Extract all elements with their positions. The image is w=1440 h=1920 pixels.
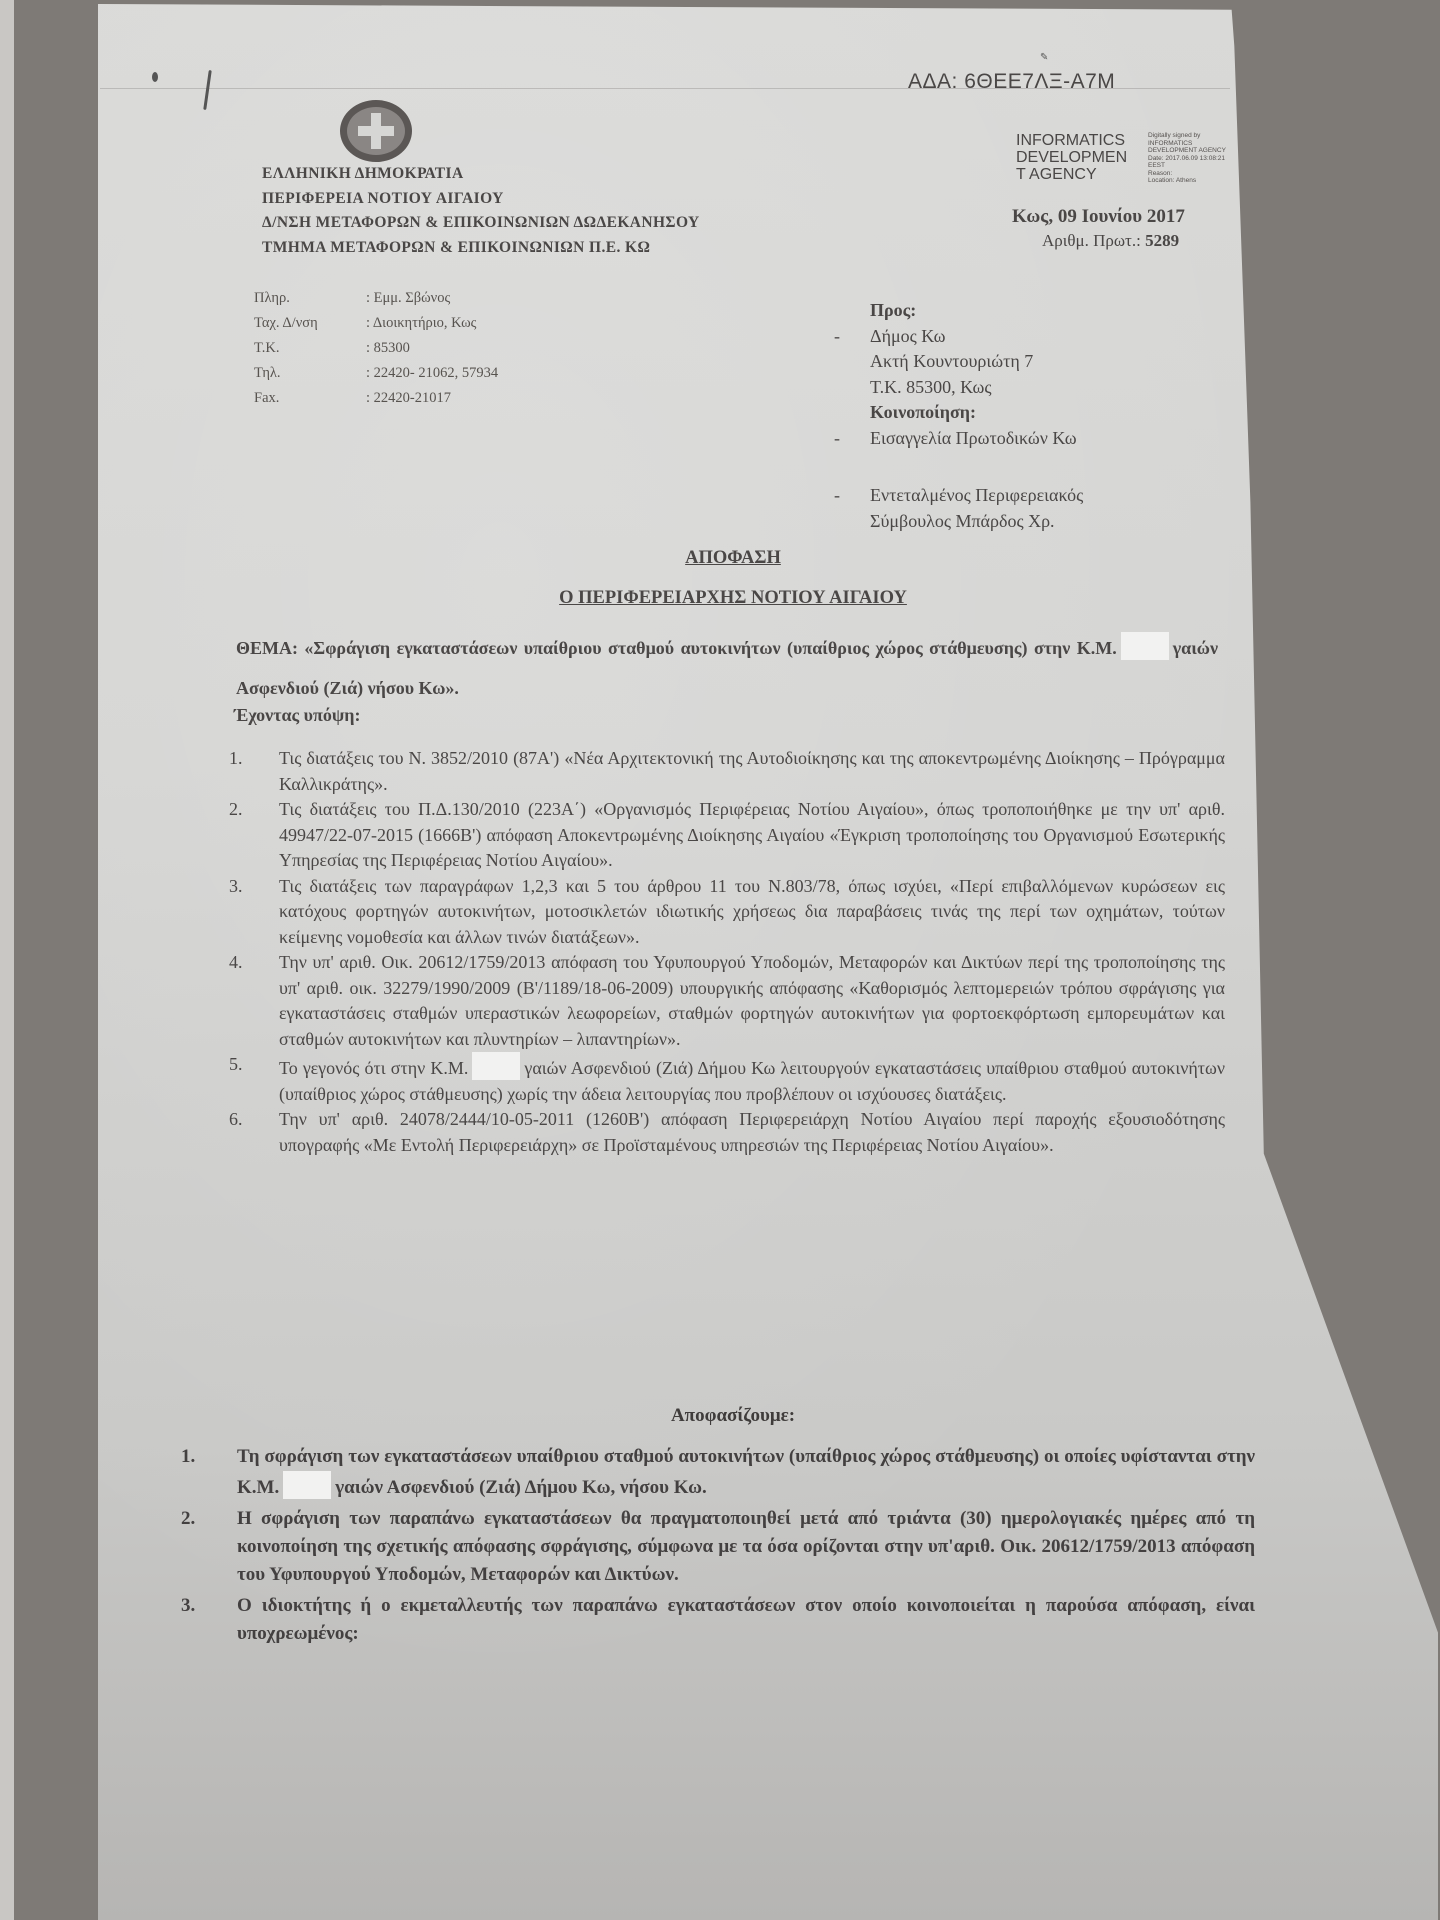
decisions-list: 1.Τη σφράγιση των εγκαταστάσεων υπαίθριο… xyxy=(175,1443,1255,1651)
header-line: ΕΛΛΗΝΙΚΗ ΔΗΜΟΚΡΑΤΙΑ xyxy=(262,162,700,187)
issuer-header: ΕΛΛΗΝΙΚΗ ΔΗΜΟΚΡΑΤΙΑ ΠΕΡΙΦΕΡΕΙΑ ΝΟΤΙΟΥ ΑΙ… xyxy=(262,162,700,260)
contact-row: Fax.: 22420-21017 xyxy=(254,386,498,411)
header-line: Δ/ΝΣΗ ΜΕΤΑΦΟΡΩΝ & ΕΠΙΚΟΙΝΩΝΙΩΝ ΔΩΔΕΚΑΝΗΣ… xyxy=(262,211,700,236)
list-item: 1.Τη σφράγιση των εγκαταστάσεων υπαίθριο… xyxy=(175,1443,1255,1502)
ink-dot xyxy=(152,72,158,82)
recipients-block: Προς: -Δήμος Κω Ακτή Κουντουριώτη 7 Τ.Κ.… xyxy=(870,298,1083,534)
background-edge xyxy=(0,0,14,1920)
cc-label: Κοινοποίηση: xyxy=(870,400,1083,426)
signer-line: DEVELOPMEN xyxy=(1016,149,1127,166)
redaction-box xyxy=(1121,632,1169,660)
cc-recipient: Εντεταλμένος Περιφερειακός xyxy=(870,485,1083,505)
contact-row: Πληρ.: Εμμ. Σβώνος xyxy=(254,286,498,311)
cc-recipient: Εισαγγελία Πρωτοδικών Κω xyxy=(870,428,1077,448)
list-item: 1.Τις διατάξεις του Ν. 3852/2010 (87Α') … xyxy=(225,746,1225,797)
protocol-number: Αριθμ. Πρωτ.: 5289 xyxy=(1042,231,1179,251)
protocol-value: 5289 xyxy=(1145,231,1179,250)
considerations-list: 1.Τις διατάξεις του Ν. 3852/2010 (87Α') … xyxy=(225,746,1225,1158)
header-line: ΠΕΡΙΦΕΡΕΙΑ ΝΟΤΙΟΥ ΑΙΓΑΙΟΥ xyxy=(262,187,700,212)
signature-detail: EEST xyxy=(1148,162,1248,170)
considering-label: Έχοντας υπόψη: xyxy=(234,705,360,726)
signature-detail: Date: 2017.06.09 13:08:21 xyxy=(1148,155,1248,163)
document-date: Κως, 09 Ιουνίου 2017 xyxy=(1012,206,1185,228)
list-item: 3.Τις διατάξεις των παραγράφων 1,2,3 και… xyxy=(225,874,1225,951)
list-item: 5.Το γεγονός ότι στην Κ.Μ.γαιών Ασφενδιο… xyxy=(225,1052,1225,1107)
redaction-box xyxy=(283,1471,331,1499)
signer-line: INFORMATICS xyxy=(1016,132,1127,149)
list-item: 4.Την υπ' αριθ. Οικ. 20612/1759/2013 από… xyxy=(225,950,1225,1052)
contact-row: Τ.Κ.: 85300 xyxy=(254,336,498,361)
greek-coat-of-arms-icon xyxy=(340,100,412,162)
signature-detail: Digitally signed by xyxy=(1148,132,1248,140)
list-item: 3.Ο ιδιοκτήτης ή ο εκμεταλλευτής των παρ… xyxy=(175,1592,1255,1648)
signature-detail: Reason: xyxy=(1148,170,1248,178)
document-title: ΑΠΟΦΑΣΗ xyxy=(0,548,1440,569)
ada-code: ΑΔΑ: 6ΘΕΕ7ΛΞ-Α7Μ xyxy=(908,70,1115,94)
signature-detail: Location: Athens xyxy=(1148,177,1248,185)
redaction-box xyxy=(472,1052,520,1080)
digital-signature-signer: INFORMATICS DEVELOPMEN T AGENCY xyxy=(1016,132,1127,183)
recipient-line: Ακτή Κουντουριώτη 7 xyxy=(870,349,1083,375)
cc-recipient: Σύμβουλος Μπάρδος Χρ. xyxy=(870,509,1083,535)
decision-label: Αποφασίζουμε: xyxy=(0,1405,1440,1427)
list-item: 6.Την υπ' αριθ. 24078/2444/10-05-2011 (1… xyxy=(225,1107,1225,1158)
digital-signature-details: Digitally signed by INFORMATICS DEVELOPM… xyxy=(1148,132,1248,185)
header-line: ΤΜΗΜΑ ΜΕΤΑΦΟΡΩΝ & ΕΠΙΚΟΙΝΩΝΙΩΝ Π.Ε. ΚΩ xyxy=(262,236,700,261)
protocol-label: Αριθμ. Πρωτ.: xyxy=(1042,231,1141,250)
contact-row: Ταχ. Δ/νση: Διοικητήριο, Κως xyxy=(254,311,498,336)
contact-block: Πληρ.: Εμμ. Σβώνος Ταχ. Δ/νση: Διοικητήρ… xyxy=(254,286,498,411)
recipient-line: Τ.Κ. 85300, Κως xyxy=(870,375,1083,401)
list-item: 2.Τις διατάξεις του Π.Δ.130/2010 (223Α΄)… xyxy=(225,797,1225,874)
contact-row: Τηλ.: 22420- 21062, 57934 xyxy=(254,361,498,386)
document-subtitle: Ο ΠΕΡΙΦΕΡΕΙΑΡΧΗΣ ΝΟΤΙΟΥ ΑΙΓΑΙΟΥ xyxy=(0,588,1440,609)
signer-line: T AGENCY xyxy=(1016,166,1127,183)
signature-detail: DEVELOPMENT AGENCY xyxy=(1148,147,1248,155)
list-item: 2.Η σφράγιση των παραπάνω εγκαταστάσεων … xyxy=(175,1505,1255,1589)
recipient-line: Δήμος Κω xyxy=(870,326,945,346)
subject-line: ΘΕΜΑ: «Σφράγιση εγκαταστάσεων υπαίθριου … xyxy=(236,628,1218,708)
signature-detail: INFORMATICS xyxy=(1148,140,1248,148)
stamp-mark-icon: ✎ xyxy=(1040,52,1048,63)
to-label: Προς: xyxy=(870,298,1083,324)
